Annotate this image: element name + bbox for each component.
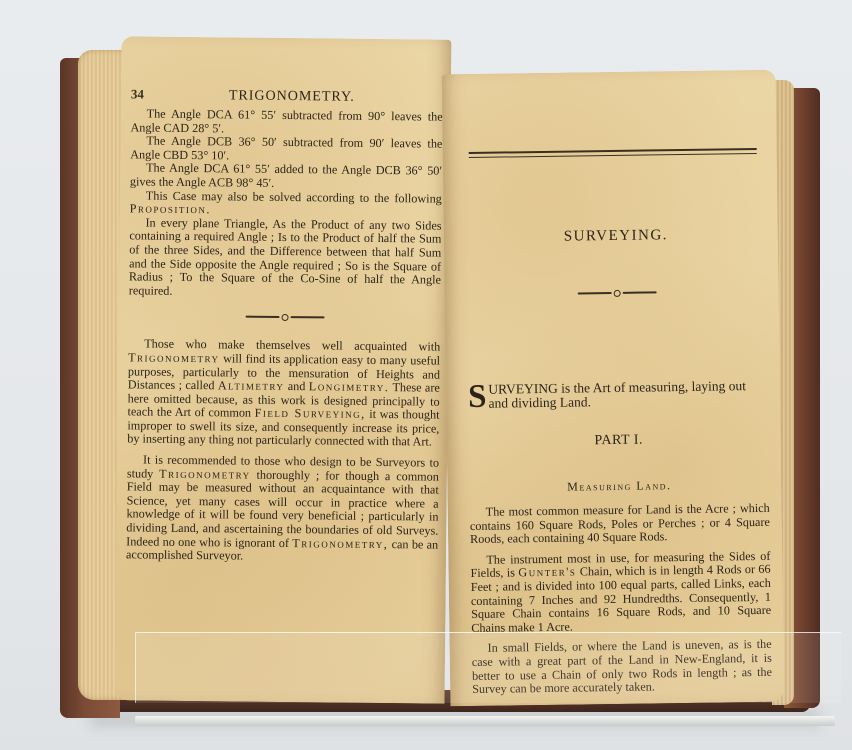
paragraph-acre: The most common measure for Land is the … [470,502,771,547]
case-text: This Case may also be solved according t… [130,189,442,219]
section-heading: Measuring Land. [469,477,769,496]
drop-cap: S [468,383,487,411]
left-page: 34 TRIGONOMETRY. The Angle DCA 61° 55′ s… [115,36,452,703]
title-ornament [467,283,767,303]
paragraph-recommendation: It is recommended to those who design to… [126,453,439,565]
lead-definition: SURVEYING is the Art of measuring, layin… [468,379,768,411]
part-heading: PART I. [469,431,769,451]
divider-ornament [128,308,440,327]
header-rule [469,148,757,158]
paragraph-gunters-chain: The instrument most in use, for measurin… [470,550,771,636]
acrylic-stand-lip [135,716,835,726]
left-page-header: 34 TRIGONOMETRY. [131,86,443,106]
paragraph-trigonometry-use: Those who make themselves well acquainte… [127,338,440,450]
acrylic-book-stand [135,632,841,703]
running-head: TRIGONOMETRY. [171,88,443,107]
book-photo: 34 TRIGONOMETRY. The Angle DCA 61° 55′ s… [0,0,852,750]
right-page: SURVEYING. SURVEYING is the Art of measu… [442,70,785,707]
chapter-title: SURVEYING. [466,226,766,247]
proposition-text: In every plane Triangle, As the Product … [129,216,442,301]
page-number: 34 [131,86,171,102]
